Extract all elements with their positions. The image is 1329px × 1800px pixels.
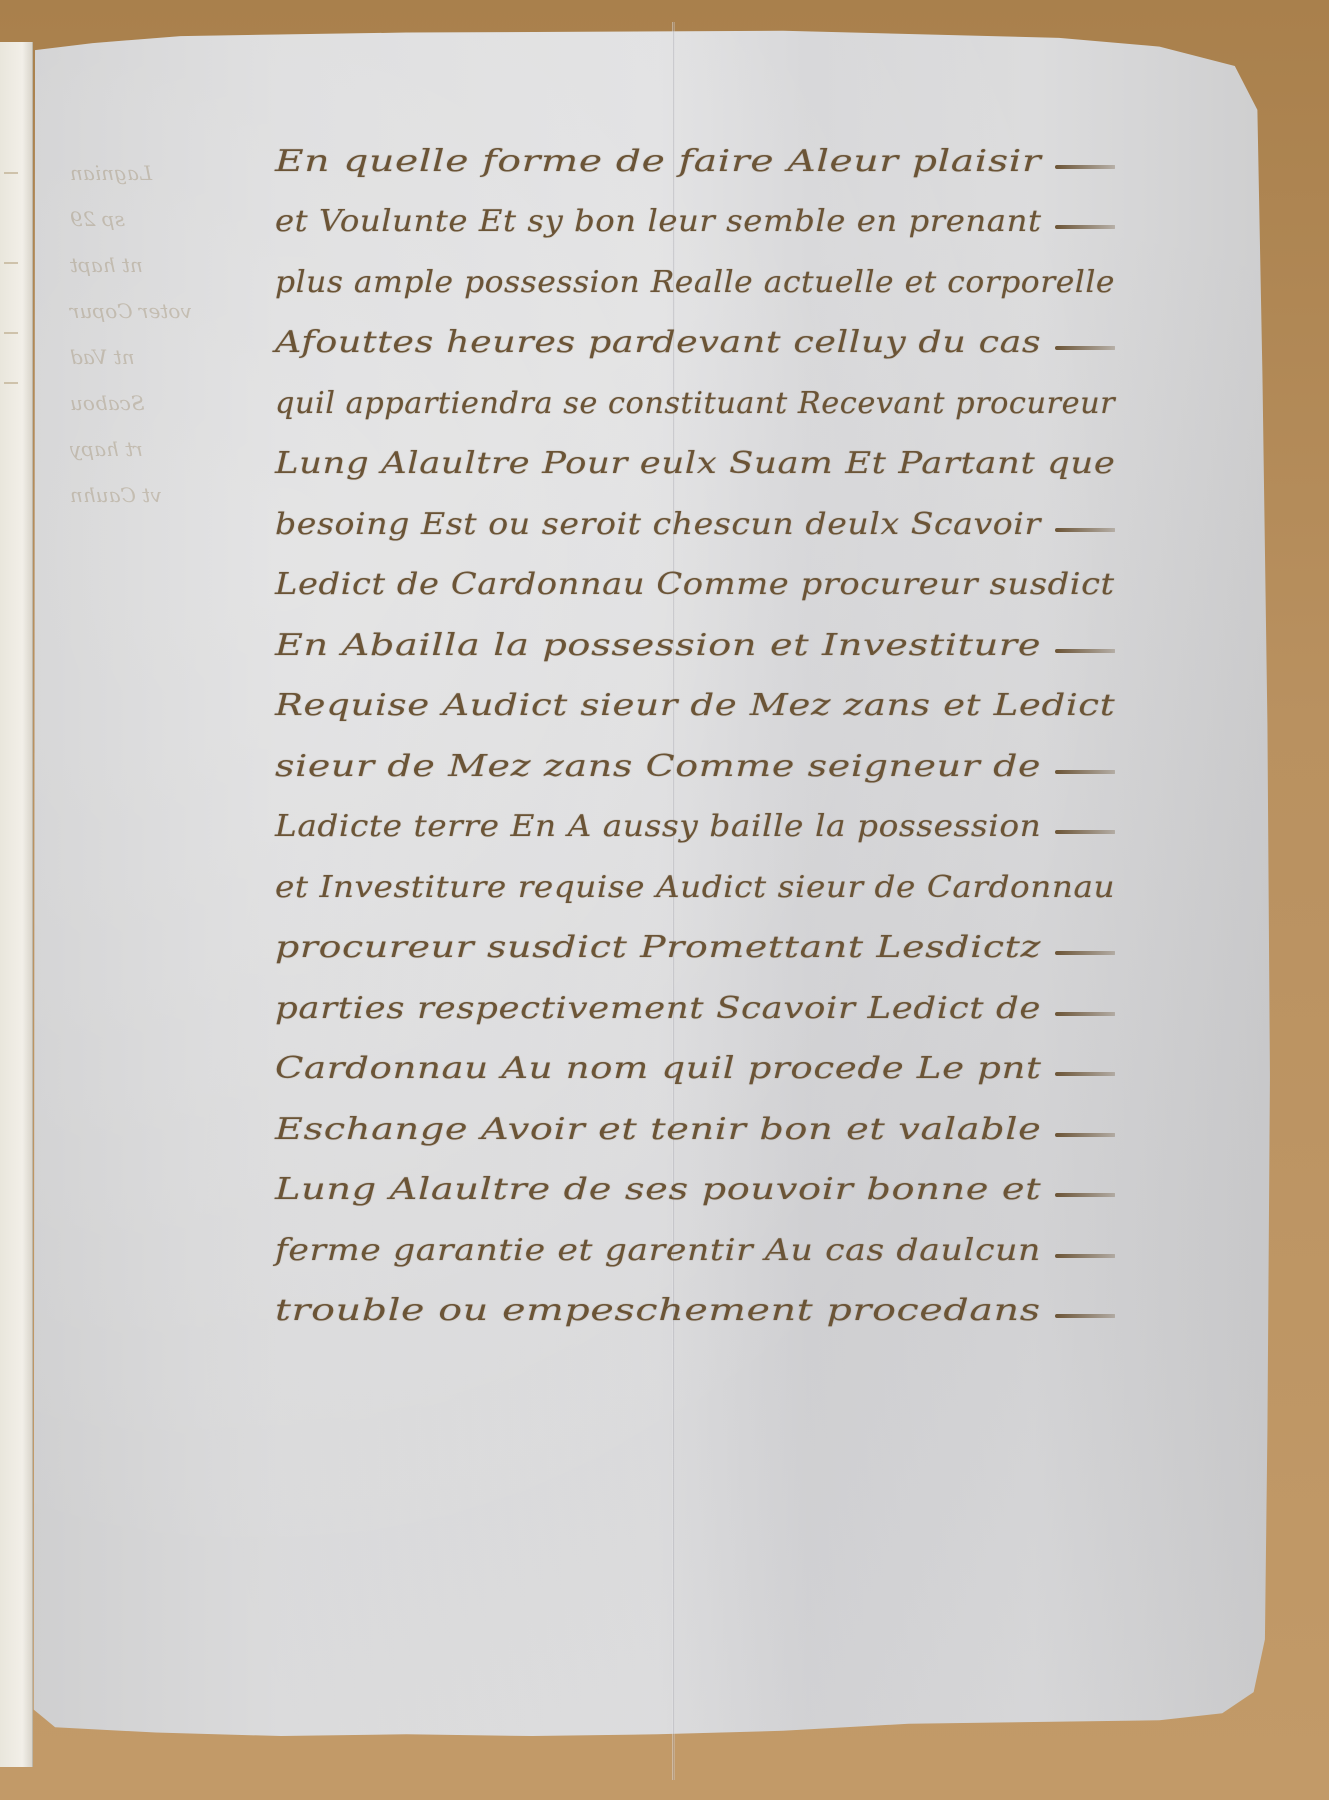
- manuscript-line: Afouttes heures pardevant celluy du cas: [275, 310, 1115, 371]
- manuscript-line: parties respectivement Scavoir Ledict de: [275, 975, 1115, 1036]
- facing-page-edge: [0, 42, 33, 1767]
- bleed-fragment: rt hapy: [70, 426, 250, 472]
- line-text: procureur susdict Promettant Lesdictz: [275, 930, 1242, 975]
- manuscript-line: quil appartiendra se constituant Recevan…: [275, 370, 1115, 431]
- facing-page-ink-mark: [4, 172, 18, 174]
- bleed-fragment: Lagnian: [70, 150, 250, 196]
- line-text: Cardonnau Au nom quil procede Le pnt: [275, 1051, 1223, 1096]
- line-text: quil appartiendra se constituant Recevan…: [275, 386, 1126, 431]
- line-text: Lung Alaultre de ses pouvoir bonne et: [275, 1172, 1253, 1217]
- line-text: Ledict de Cardonnau Comme procureur susd…: [275, 567, 1220, 612]
- manuscript-line: trouble ou empeschement procedans: [275, 1278, 1115, 1339]
- facing-page-ink-mark: [4, 262, 18, 264]
- bleed-fragment: vt Cauhn: [70, 472, 250, 518]
- manuscript-line: Lung Alaultre de ses pouvoir bonne et: [275, 1157, 1115, 1218]
- line-text: ferme garantie et garentir Au cas daulcu…: [275, 1233, 1161, 1278]
- manuscript-line: Lung Alaultre Pour eulx Suam Et Partant …: [275, 431, 1115, 492]
- manuscript-line: En Abailla la possession et Investiture: [275, 612, 1115, 673]
- line-text: sieur de Mez zans Comme seigneur de: [275, 749, 1243, 794]
- manuscript-line: ferme garantie et garentir Au cas daulcu…: [275, 1217, 1115, 1278]
- manuscript-line: plus ample possession Realle actuelle et…: [275, 249, 1115, 310]
- manuscript-line: et Voulunte Et sy bon leur semble en pre…: [275, 189, 1115, 250]
- manuscript-line: Ladicte terre En A aussy baille la posse…: [275, 794, 1115, 855]
- line-text: Afouttes heures pardevant celluy du cas: [275, 325, 1205, 370]
- manuscript-line: Requise Audict sieur de Mez zans et Ledi…: [275, 673, 1115, 734]
- manuscript-line: Cardonnau Au nom quil procede Le pnt: [275, 1036, 1115, 1097]
- line-text: Requise Audict sieur de Mez zans et Ledi…: [275, 688, 1314, 733]
- line-text: trouble ou empeschement procedans: [275, 1293, 1285, 1338]
- photo-scene: Lagnian sp 29 nt hapt voter Copur nt Vad…: [0, 0, 1329, 1800]
- manuscript-line: sieur de Mez zans Comme seigneur de: [275, 733, 1115, 794]
- line-text: Lung Alaultre Pour eulx Suam Et Partant …: [275, 446, 1267, 491]
- line-text: plus ample possession Realle actuelle et…: [275, 265, 1153, 310]
- line-text: En quelle forme de faire Aleur plaisir: [275, 144, 1276, 189]
- line-text: Ladicte terre En A aussy baille la posse…: [275, 809, 1112, 854]
- bleed-fragment: nt hapt: [70, 242, 250, 288]
- manuscript-line: et Investiture requise Audict sieur de C…: [275, 854, 1115, 915]
- facing-page-ink-mark: [4, 332, 18, 334]
- line-text: Eschange Avoir et tenir bon et valable: [275, 1112, 1251, 1157]
- manuscript-line: besoing Est ou seroit chescun deulx Scav…: [275, 491, 1115, 552]
- line-text: parties respectivement Scavoir Ledict de: [275, 991, 1183, 1036]
- line-text: et Investiture requise Audict sieur de C…: [275, 870, 1190, 915]
- manuscript-line: Ledict de Cardonnau Comme procureur susd…: [275, 552, 1115, 613]
- bleed-fragment: voter Copur: [70, 288, 250, 334]
- manuscript-line: procureur susdict Promettant Lesdictz: [275, 915, 1115, 976]
- line-text: En Abailla la possession et Investiture: [275, 628, 1251, 673]
- line-text: besoing Est ou seroit chescun deulx Scav…: [275, 507, 1122, 552]
- manuscript-line: Eschange Avoir et tenir bon et valable: [275, 1096, 1115, 1157]
- bleed-fragment: Scabou: [70, 380, 250, 426]
- bleed-fragment: sp 29: [70, 196, 250, 242]
- bleed-fragment: nt Vad: [70, 334, 250, 380]
- handwritten-text-block: En quelle forme de faire Aleur plaisir e…: [275, 128, 1115, 1338]
- bleed-through-text: Lagnian sp 29 nt hapt voter Copur nt Vad…: [70, 150, 250, 518]
- line-text: et Voulunte Et sy bon leur semble en pre…: [275, 204, 1100, 249]
- facing-page-ink-mark: [4, 382, 18, 384]
- manuscript-line: En quelle forme de faire Aleur plaisir: [275, 128, 1115, 189]
